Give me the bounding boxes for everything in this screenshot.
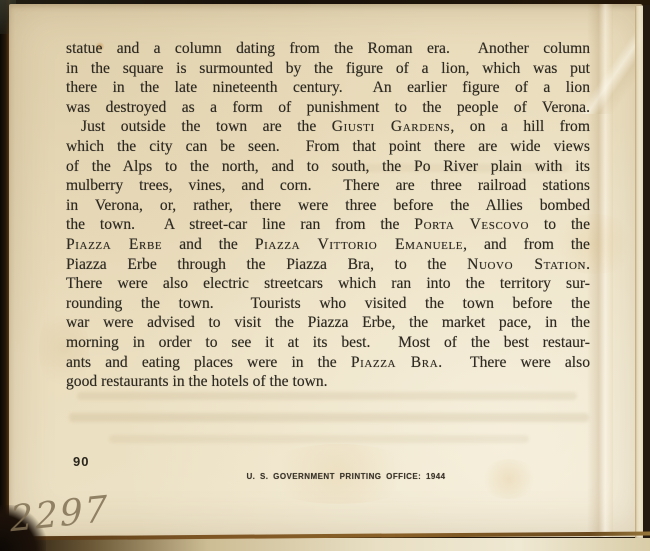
text-segment: and the [162,236,255,253]
smallcaps-place-name: Piazza Vittorio Emanuele [255,236,463,253]
ghost-text-showthrough [109,435,529,443]
book-page: statue and a column dating from the Roma… [9,4,643,537]
text-line: Just outside the town are the Giusti Gar… [66,117,590,137]
text-line: Piazza Erbe and the Piazza Vittorio Eman… [66,235,590,255]
text-line: war were advised to visit the Piazza Erb… [66,313,590,333]
text-segment: the town. A street-car line ran from the [66,216,414,233]
text-segment: which the city can be seen. From that po… [66,138,590,155]
text-segment: , on a hill from [450,118,590,135]
text-segment: Just outside the town are the [81,118,332,135]
edge-smudge [440,529,480,539]
text-segment: morning in order to see it at its best. … [66,334,590,351]
text-segment: mulberry trees, vines, and corn. There a… [66,177,590,194]
ghost-text-showthrough [77,392,577,400]
text-line: of the Alps to the north, and to south, … [66,157,590,177]
smallcaps-place-name: Nuovo Station [467,256,586,273]
printing-office-imprint: U. S. GOVERNMENT PRINTING OFFICE: 1944 [9,472,643,481]
scanned-book-photo: { "document": { "page_number": "90", "im… [0,0,650,551]
text-segment: . There were also [438,354,590,371]
text-segment: statue and a column dating from the Roma… [66,40,590,57]
smallcaps-place-name: Piazza Bra [351,354,438,371]
text-line: there in the late nineteenth century. An… [66,78,590,98]
text-line: rounding the town. Tourists who visited … [66,294,590,314]
smallcaps-place-name: Giusti Gardens [332,118,451,135]
text-segment: ants and eating places were in the [66,354,351,371]
text-line: ants and eating places were in the Piazz… [66,353,590,373]
text-segment: rounding the town. Tourists who visited … [66,295,590,312]
edge-smudge [150,527,202,541]
smallcaps-place-name: Piazza Erbe [66,236,162,253]
text-segment: of the Alps to the north, and to south, … [66,158,590,175]
text-segment: war were advised to visit the Piazza Erb… [66,314,590,331]
text-segment: in the square is surmounted by the figur… [66,60,590,77]
text-line: mulberry trees, vines, and corn. There a… [66,176,590,196]
text-line: in Verona, or, rather, there were three … [66,196,590,216]
page-fore-edge [635,6,643,540]
text-line: morning in order to see it at its best. … [66,333,590,353]
text-line: There were also electric streetcars whic… [66,274,590,294]
text-segment: to the [529,216,590,233]
text-line: the town. A street-car line ran from the… [66,215,590,235]
text-line: in the square is surmounted by the figur… [66,59,590,79]
text-line: which the city can be seen. From that po… [66,137,590,157]
text-line: good restaurants in the hotels of the to… [66,372,590,392]
text-segment: . [586,256,590,273]
text-segment: there in the late nineteenth century. An… [66,79,590,96]
text-segment: There were also electric streetcars whic… [66,275,590,292]
text-segment: was destroyed as a form of punishment to… [66,99,590,116]
text-segment: , and from the [463,236,590,253]
text-line: Piazza Erbe through the Piazza Bra, to t… [66,255,590,275]
text-segment: in Verona, or, rather, there were three … [66,197,590,214]
text-segment: good restaurants in the hotels of the to… [66,373,328,390]
text-segment: Piazza Erbe through the Piazza Bra, to t… [66,256,467,273]
text-line: was destroyed as a form of punishment to… [66,98,590,118]
page-number: 90 [73,454,89,469]
smallcaps-place-name: Porta Vescovo [414,216,529,233]
page-text: statue and a column dating from the Roma… [66,39,590,392]
text-line: statue and a column dating from the Roma… [66,39,590,59]
ghost-text-showthrough [69,413,589,422]
